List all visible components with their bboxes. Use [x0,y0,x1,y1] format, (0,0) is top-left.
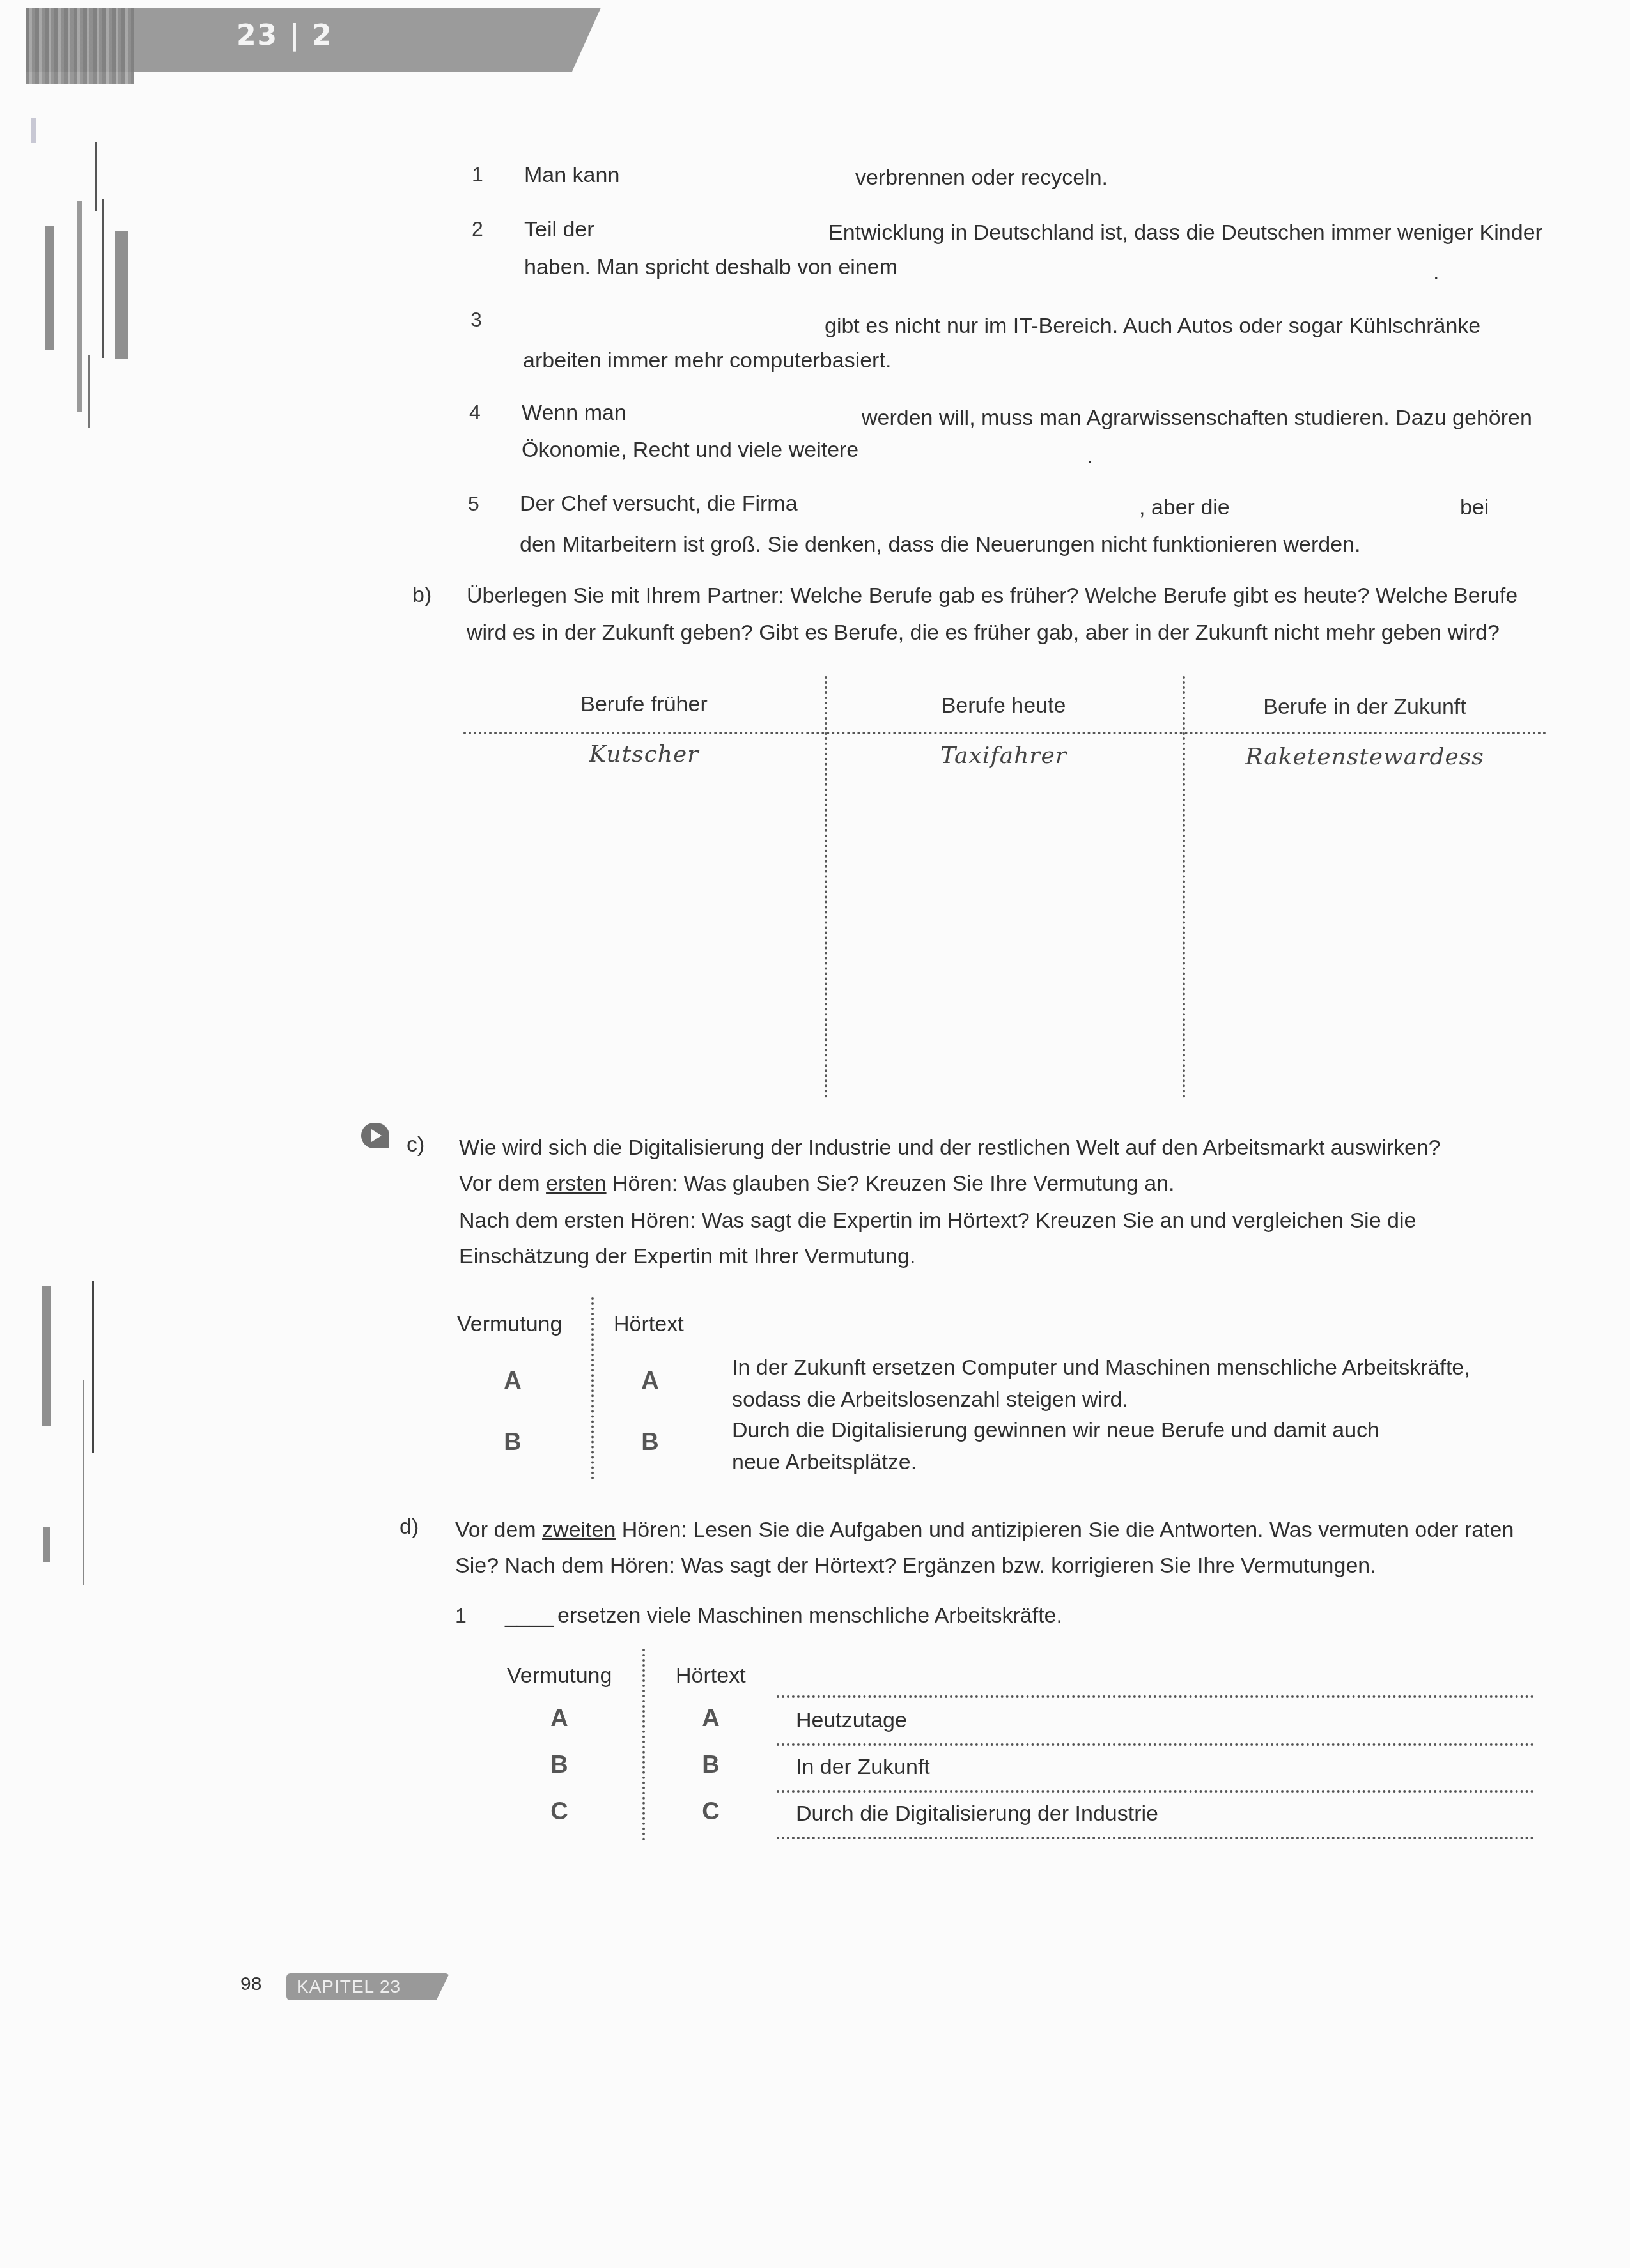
item-text: Ökonomie, Recht und viele weitere [522,433,858,467]
item-text: Wenn man [522,396,626,429]
scan-artifact [102,199,104,358]
instruction-text: Vor dem zweiten Hören: Lesen Sie die Auf… [455,1513,1514,1547]
item-text: werden will, muss man Agrarwissenschafte… [862,401,1532,435]
instruction-text-post: Hören: Was glauben Sie? Kreuzen Sie Ihre… [607,1171,1175,1196]
scan-artifact [95,142,97,211]
item-text: haben. Man spricht deshalb von einem [524,251,897,284]
item-text: . [1087,440,1092,473]
instruction-text: Wie wird sich die Digitalisierung der In… [459,1131,1441,1164]
item-text: Der Chef versucht, die Firma [520,487,798,520]
handwritten-entry[interactable]: Taxifahrer [825,743,1183,769]
item-text: , aber die [1139,491,1230,524]
item-text: verbrennen oder recyceln. [855,161,1108,194]
scan-artifact [31,118,36,143]
instruction-text: Vor dem ersten Hören: Was glauben Sie? K… [459,1167,1175,1200]
item-number: 5 [468,492,479,516]
item-text: . [1433,256,1439,289]
question-blank[interactable]: ____ [505,1599,554,1632]
instruction-text-pre: Vor dem [455,1518,542,1542]
item-text: gibt es nicht nur im IT-Bereich. Auch Au… [825,309,1480,343]
checkbox-vermutung-a[interactable]: A [493,1368,532,1395]
question-number: 1 [455,1604,467,1628]
column-header: Berufe früher [463,692,825,717]
handwritten-entry[interactable]: Raketenstewardess [1183,744,1547,770]
handwritten-entry[interactable]: Kutscher [463,741,825,768]
column-header: Berufe in der Zukunft [1183,695,1547,720]
item-text: arbeiten immer mehr computerbasiert. [523,344,891,377]
checkbox-vermutung-b[interactable]: B [493,1429,532,1456]
checkbox-hoertext-a[interactable]: A [692,1705,730,1732]
table-header-divider [463,732,1547,734]
table-divider [825,676,827,1098]
option-text: Heutzutage [796,1704,907,1737]
scan-artifact [88,355,90,428]
column-divider [642,1649,645,1840]
item-text: Man kann [524,158,619,192]
item-text: Entwicklung in Deutschland ist, dass die… [828,216,1542,249]
option-text: neue Arbeitsplätze. [732,1446,917,1479]
instruction-text: Sie? Nach dem Hören: Was sagt der Hörtex… [455,1549,1376,1582]
instruction-text: Nach dem ersten Hören: Was sagt die Expe… [459,1204,1416,1237]
scan-artifact [92,1281,94,1453]
checkbox-hoertext-a[interactable]: A [631,1368,669,1395]
scan-artifact [77,201,82,412]
page-number: 98 [240,1973,261,1995]
scan-artifact [115,231,128,359]
instruction-text-post: Hören: Lesen Sie die Aufgaben und antizi… [616,1518,1514,1542]
option-text: In der Zukunft [796,1750,930,1784]
option-text: In der Zukunft ersetzen Computer und Mas… [732,1351,1470,1384]
column-header-vermutung: Vermutung [507,1659,612,1692]
section-label-c: c) [407,1132,424,1157]
column-header-hoertext: Hörtext [676,1659,746,1692]
scan-artifact [42,1286,51,1426]
item-text: Teil der [524,213,594,246]
header-scan-edge [26,8,134,84]
checkbox-vermutung-c[interactable]: C [540,1798,578,1826]
checkbox-hoertext-b[interactable]: B [631,1429,669,1456]
option-text: Durch die Digitalisierung gewinnen wir n… [732,1414,1379,1447]
checkbox-hoertext-b[interactable]: B [692,1752,730,1779]
item-text: bei [1460,491,1489,524]
scan-artifact [83,1380,84,1585]
checkbox-hoertext-c[interactable]: C [692,1798,730,1826]
instruction-text-pre: Vor dem [459,1171,546,1196]
column-divider [591,1297,594,1479]
item-number: 1 [472,163,483,187]
table-divider [1183,676,1185,1098]
column-header: Berufe heute [825,693,1183,718]
checkbox-vermutung-b[interactable]: B [540,1752,578,1779]
answer-line [777,1695,1534,1698]
chapter-tag: KAPITEL 23 [286,1973,449,2000]
instruction-text: wird es in der Zukunft geben? Gibt es Be… [467,616,1500,649]
instruction-text: Einschätzung der Expertin mit Ihrer Verm… [459,1240,915,1273]
answer-line [777,1790,1534,1793]
item-number: 3 [470,308,482,332]
instruction-text: Überlegen Sie mit Ihrem Partner: Welche … [467,579,1517,612]
question-text: ersetzen viele Maschinen menschliche Arb… [557,1599,1062,1632]
item-text: den Mitarbeitern ist groß. Sie denken, d… [520,528,1360,561]
scan-artifact [45,226,54,350]
option-text: Durch die Digitalisierung der Industrie [796,1797,1158,1830]
option-text: sodass die Arbeitslosenzahl steigen wird… [732,1383,1128,1416]
section-label-d: d) [400,1515,419,1539]
audio-play-icon[interactable] [361,1123,389,1148]
column-header-hoertext: Hörtext [614,1308,684,1341]
scan-artifact [43,1527,50,1562]
column-header-vermutung: Vermutung [457,1308,562,1341]
item-number: 4 [469,401,481,424]
section-title: 23 | 2 [237,19,333,52]
item-number: 2 [472,217,483,241]
answer-line [777,1743,1534,1746]
checkbox-vermutung-a[interactable]: A [540,1705,578,1732]
emphasis-zweiten: zweiten [542,1518,616,1542]
section-label-b: b) [412,583,431,608]
emphasis-ersten: ersten [546,1171,607,1196]
answer-line [777,1837,1534,1839]
